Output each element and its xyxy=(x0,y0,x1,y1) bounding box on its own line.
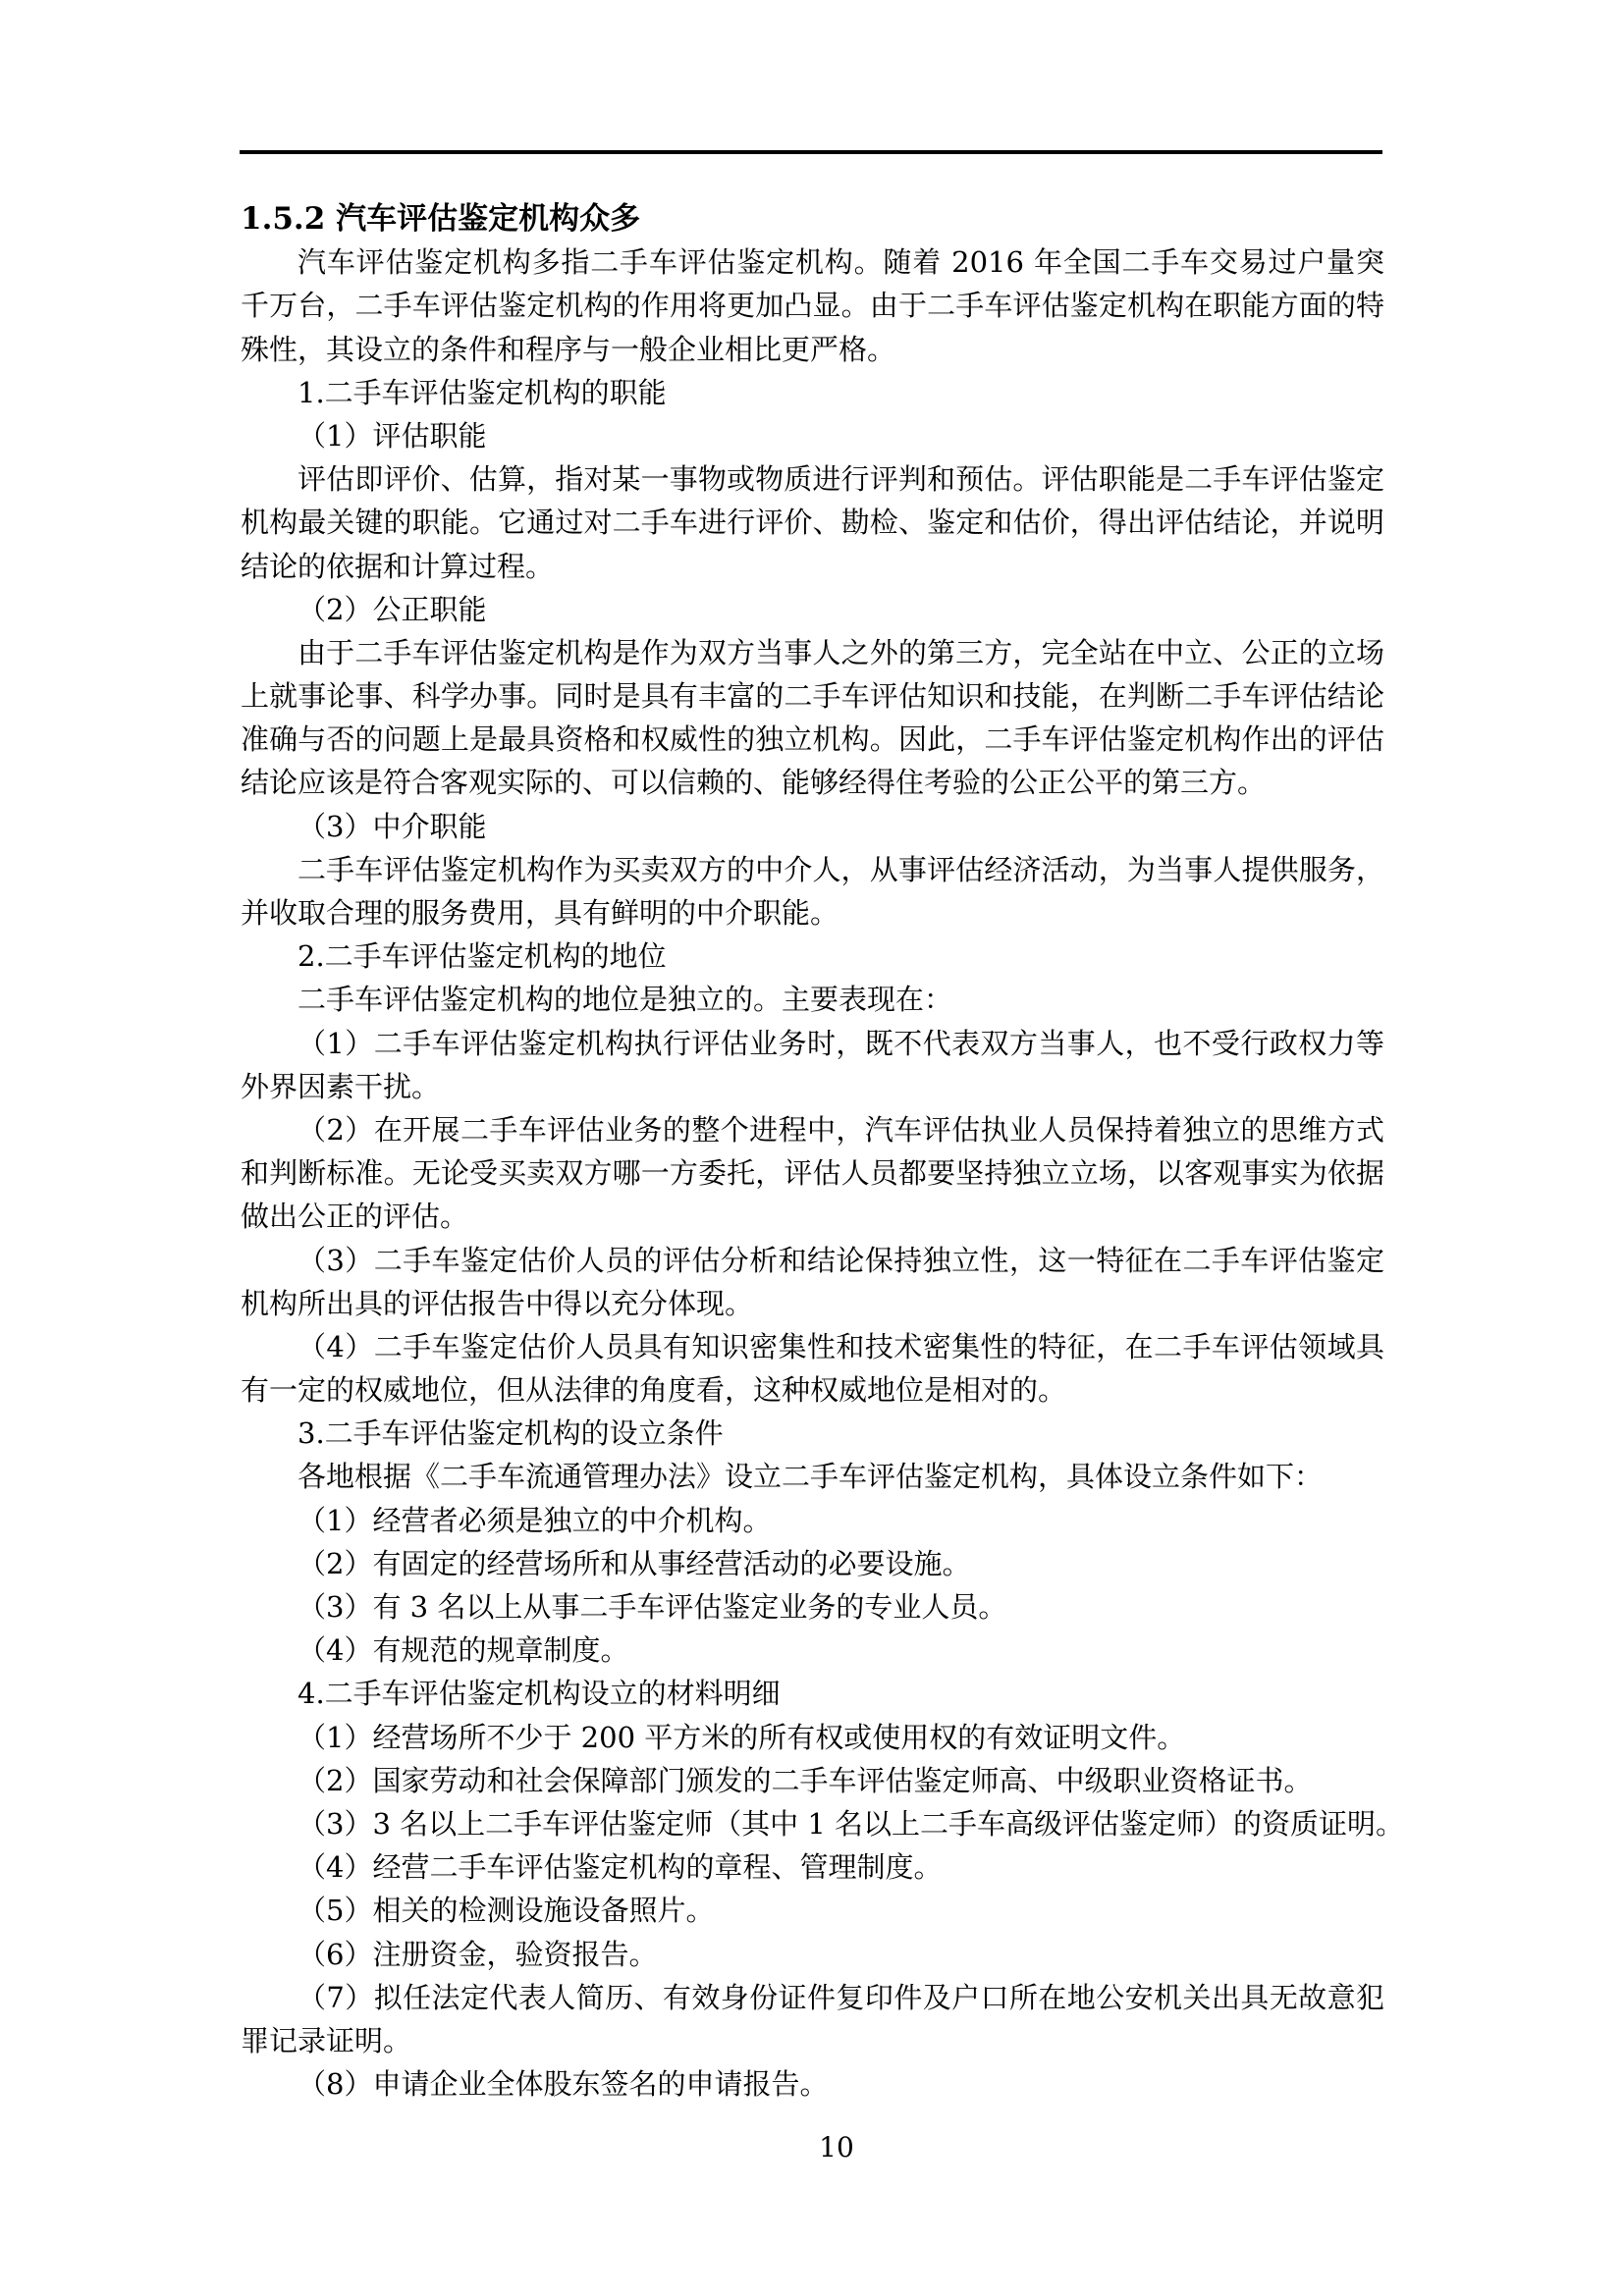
text-line: 二手车评估鉴定机构作为买卖双方的中介人，从事评估经济活动，为当事人提供服务， xyxy=(241,848,1384,891)
text-line: 外界因素干扰。 xyxy=(241,1065,1384,1108)
text-line: （3）有 3 名以上从事二手车评估鉴定业务的专业人员。 xyxy=(241,1585,1384,1629)
text-line: 结论的依据和计算过程。 xyxy=(241,545,1384,588)
document-page: 1.5.2 汽车评估鉴定机构众多汽车评估鉴定机构多指二手车评估鉴定机构。随着 2… xyxy=(0,0,1624,2296)
text-line: （2）有固定的经营场所和从事经营活动的必要设施。 xyxy=(241,1542,1384,1585)
text-line: 各地根据《二手车流通管理办法》设立二手车评估鉴定机构，具体设立条件如下： xyxy=(241,1455,1384,1498)
text-line: 汽车评估鉴定机构多指二手车评估鉴定机构。随着 2016 年全国二手车交易过户量突… xyxy=(241,240,1384,284)
text-line: （5）相关的检测设施设备照片。 xyxy=(241,1889,1384,1932)
text-line: 结论应该是符合客观实际的、可以信赖的、能够经得住考验的公正公平的第三方。 xyxy=(241,761,1384,804)
text-line: （3）3 名以上二手车评估鉴定师（其中 1 名以上二手车高级评估鉴定师）的资质证… xyxy=(241,1802,1384,1845)
text-line: 2.二手车评估鉴定机构的地位 xyxy=(241,934,1384,978)
text-line: （2）国家劳动和社会保障部门颁发的二手车评估鉴定师高、中级职业资格证书。 xyxy=(241,1759,1384,1802)
text-line: （2）公正职能 xyxy=(241,588,1384,631)
text-line: （1）评估职能 xyxy=(241,414,1384,457)
text-line: 殊性，其设立的条件和程序与一般企业相比更严格。 xyxy=(241,328,1384,371)
text-line: 做出公正的评估。 xyxy=(241,1195,1384,1238)
text-line: 机构最关键的职能。它通过对二手车进行评价、勘检、鉴定和估价，得出评估结论，并说明 xyxy=(241,501,1384,544)
text-line: 3.二手车评估鉴定机构的设立条件 xyxy=(241,1412,1384,1455)
page-number: 10 xyxy=(738,2128,935,2167)
text-line: （2）在开展二手车评估业务的整个进程中，汽车评估执业人员保持着独立的思维方式 xyxy=(241,1108,1384,1151)
text-line: （3）中介职能 xyxy=(241,805,1384,848)
text-line: 二手车评估鉴定机构的地位是独立的。主要表现在： xyxy=(241,978,1384,1021)
text-line: 评估即评价、估算，指对某一事物或物质进行评判和预估。评估职能是二手车评估鉴定 xyxy=(241,457,1384,501)
text-line: 并收取合理的服务费用，具有鲜明的中介职能。 xyxy=(241,891,1384,934)
text-line: 有一定的权威地位，但从法律的角度看，这种权威地位是相对的。 xyxy=(241,1368,1384,1412)
text-line: 机构所出具的评估报告中得以充分体现。 xyxy=(241,1282,1384,1325)
text-line: 和判断标准。无论受买卖双方哪一方委托，评估人员都要坚持独立立场，以客观事实为依据 xyxy=(241,1151,1384,1195)
text-line: （4）二手车鉴定估价人员具有知识密集性和技术密集性的特征，在二手车评估领域具 xyxy=(241,1325,1384,1368)
text-line: （7）拟任法定代表人简历、有效身份证件复印件及户口所在地公安机关出具无故意犯 xyxy=(241,1976,1384,2019)
text-line: （8）申请企业全体股东签名的申请报告。 xyxy=(241,2062,1384,2106)
text-line: 由于二手车评估鉴定机构是作为双方当事人之外的第三方，完全站在中立、公正的立场 xyxy=(241,631,1384,674)
text-line: （4）有规范的规章制度。 xyxy=(241,1629,1384,1672)
text-line: 罪记录证明。 xyxy=(241,2019,1384,2062)
text-line: （1）二手车评估鉴定机构执行评估业务时，既不代表双方当事人，也不受行政权力等 xyxy=(241,1022,1384,1065)
document-body: 1.5.2 汽车评估鉴定机构众多汽车评估鉴定机构多指二手车评估鉴定机构。随着 2… xyxy=(241,197,1384,2106)
text-line: （1）经营者必须是独立的中介机构。 xyxy=(241,1499,1384,1542)
text-line: 上就事论事、科学办事。同时是具有丰富的二手车评估知识和技能，在判断二手车评估结论 xyxy=(241,674,1384,718)
text-line: （4）经营二手车评估鉴定机构的章程、管理制度。 xyxy=(241,1845,1384,1889)
text-line: （1）经营场所不少于 200 平方米的所有权或使用权的有效证明文件。 xyxy=(241,1716,1384,1759)
text-line: 4.二手车评估鉴定机构设立的材料明细 xyxy=(241,1672,1384,1715)
header-rule xyxy=(240,150,1382,154)
text-line: 千万台，二手车评估鉴定机构的作用将更加凸显。由于二手车评估鉴定机构在职能方面的特 xyxy=(241,284,1384,327)
text-line: （6）注册资金，验资报告。 xyxy=(241,1933,1384,1976)
section-heading: 1.5.2 汽车评估鉴定机构众多 xyxy=(241,197,1384,240)
text-line: 准确与否的问题上是最具资格和权威性的独立机构。因此，二手车评估鉴定机构作出的评估 xyxy=(241,718,1384,761)
text-line: （3）二手车鉴定估价人员的评估分析和结论保持独立性，这一特征在二手车评估鉴定 xyxy=(241,1239,1384,1282)
text-line: 1.二手车评估鉴定机构的职能 xyxy=(241,371,1384,414)
